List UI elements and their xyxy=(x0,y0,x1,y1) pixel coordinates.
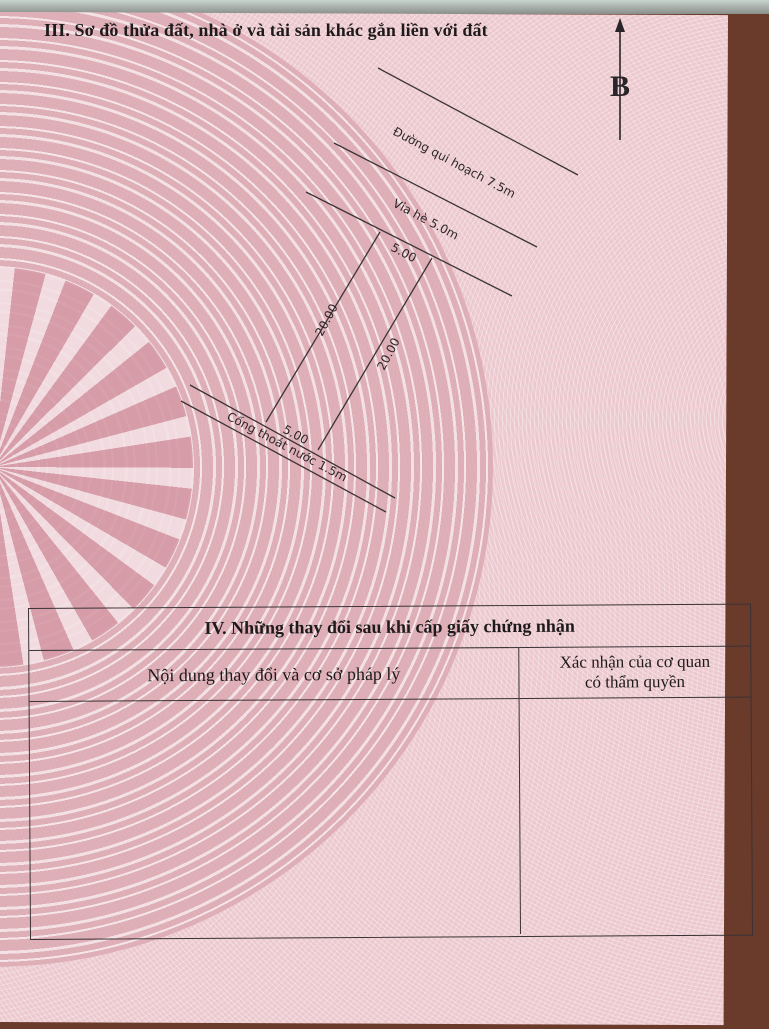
front-edge-length: 5.00 xyxy=(389,240,419,265)
road-label: Đường qui hoạch 7.5m xyxy=(391,124,518,201)
table-header-row: Nội dung thay đổi và cơ sở pháp lý Xác n… xyxy=(29,647,750,702)
right-edge-length: 20.00 xyxy=(374,335,402,372)
content-cell-empty xyxy=(30,699,521,937)
drain-edge-line xyxy=(181,401,386,512)
plot-right-edge xyxy=(318,258,432,450)
confirmation-cell-empty xyxy=(520,698,752,934)
section-4-title: IV. Những thay đổi sau khi cấp giấy chứn… xyxy=(29,605,750,651)
column-header-confirmation: Xác nhận của cơ quan có thẩm quyền xyxy=(519,647,750,698)
column-header-content: Nội dung thay đổi và cơ sở pháp lý xyxy=(29,648,519,701)
left-edge-length: 20.00 xyxy=(312,301,340,338)
table-row xyxy=(30,698,752,937)
plot-diagram: Đường qui hoạch 7.5m Vỉa hè 5.0m 5.00 20… xyxy=(0,0,769,620)
changes-table: IV. Những thay đổi sau khi cấp giấy chứn… xyxy=(28,604,753,940)
drain-label: Cống thoát nước 1.5m xyxy=(225,409,350,484)
confirmation-header-line-1: Xác nhận của cơ quan xyxy=(559,652,710,673)
confirmation-header-line-2: có thẩm quyền xyxy=(560,672,711,693)
road-edge-line xyxy=(378,68,578,175)
